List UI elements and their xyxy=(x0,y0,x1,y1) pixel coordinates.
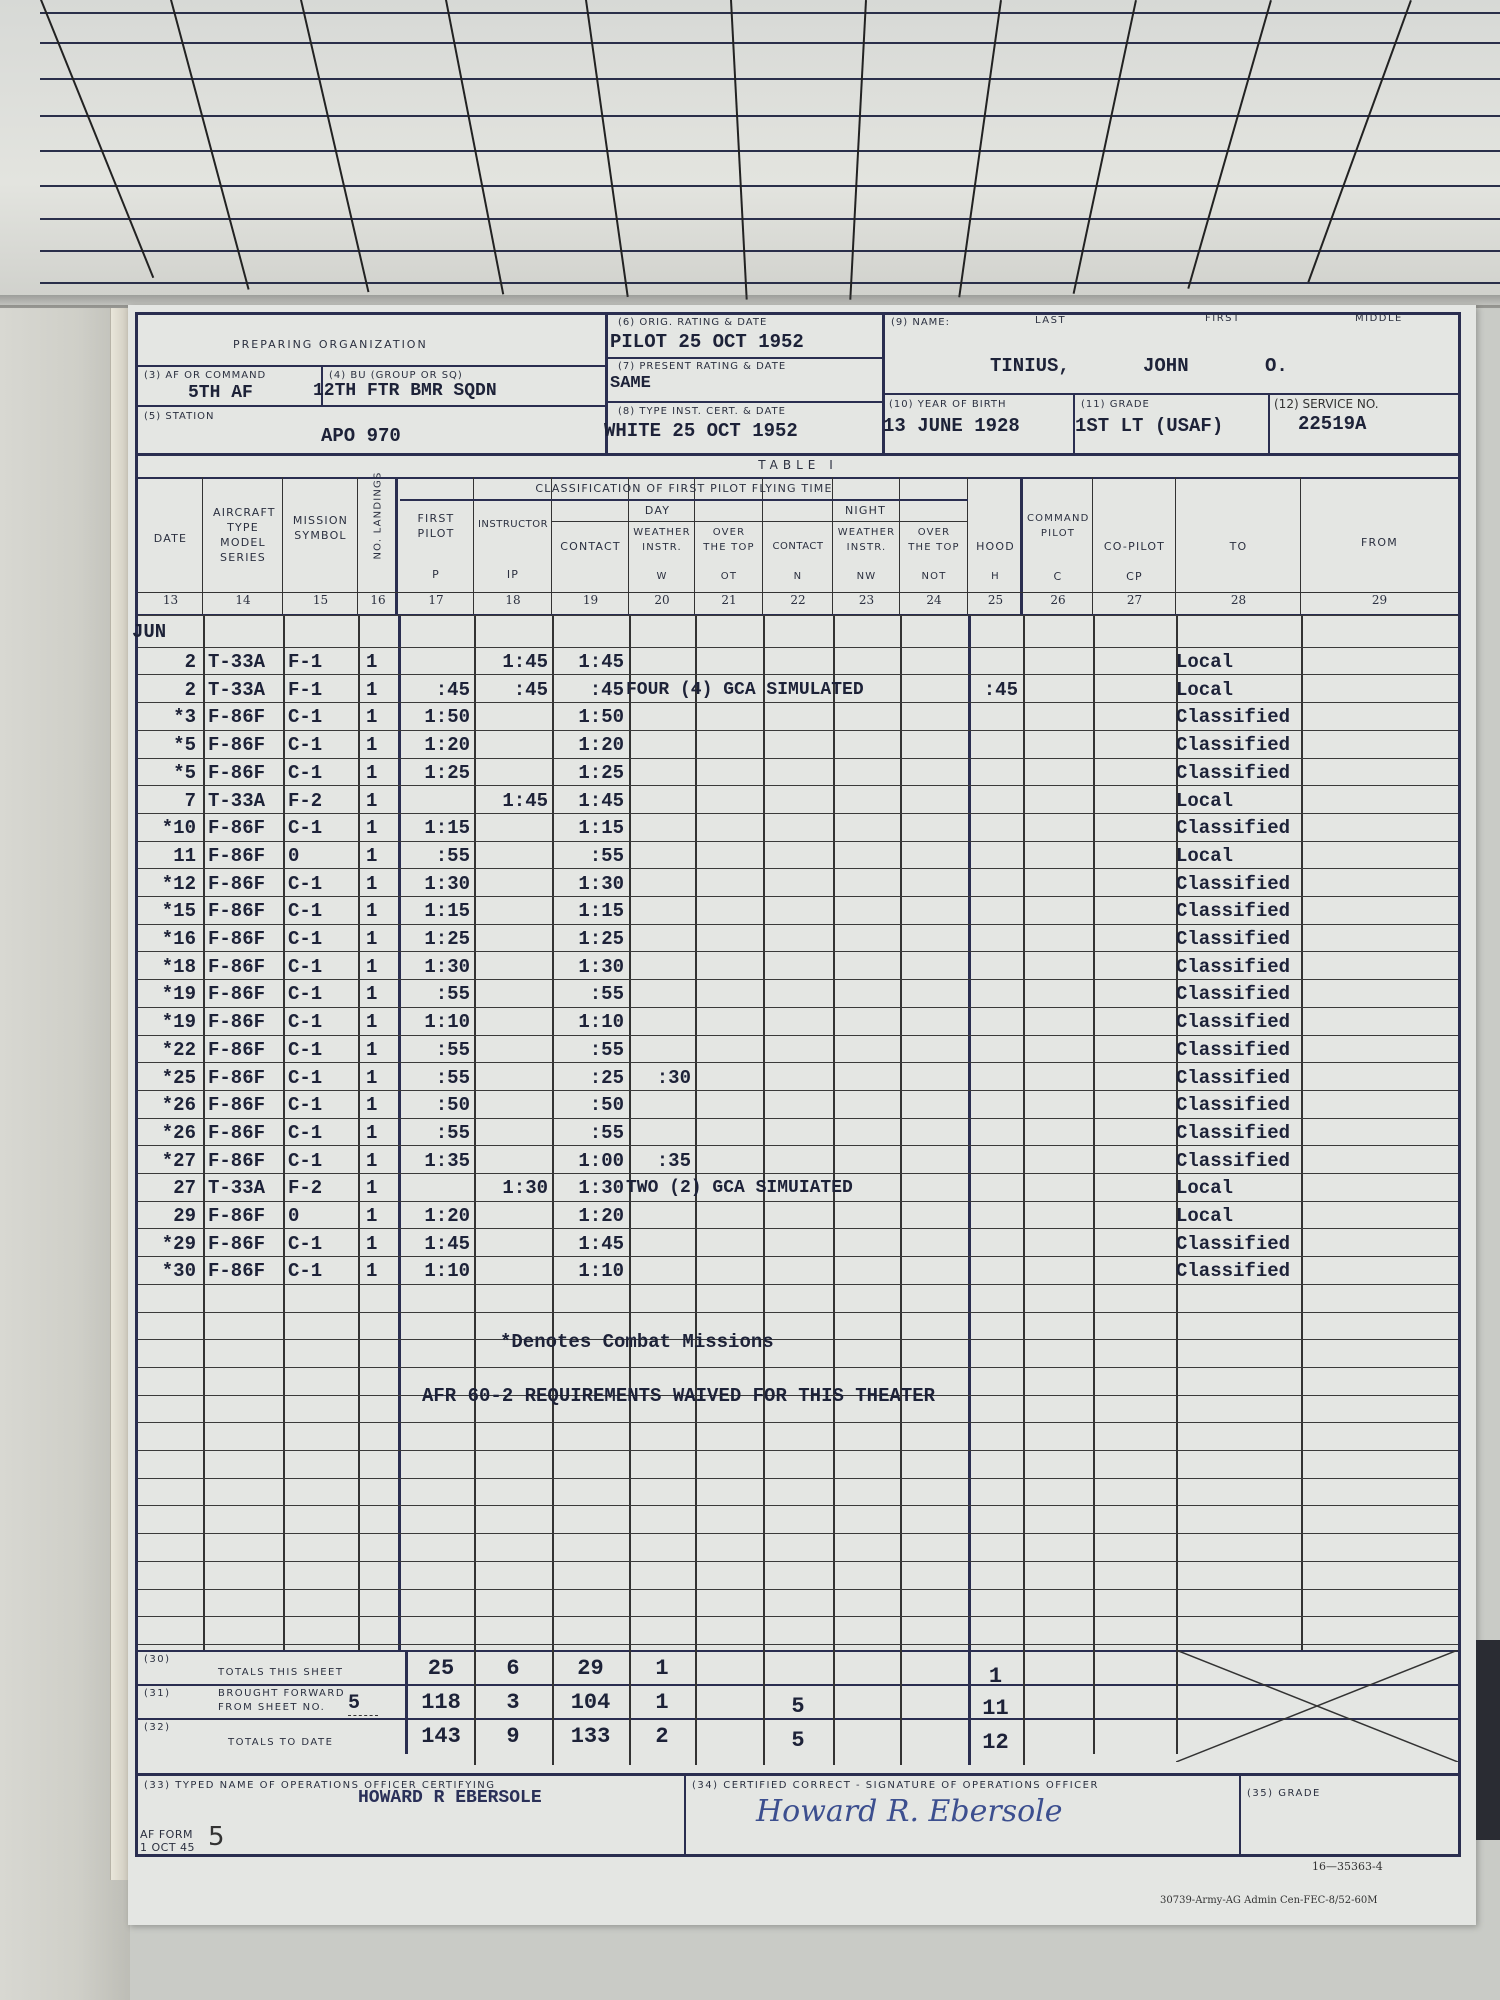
cell-landings: 1 xyxy=(366,898,396,924)
cell-first-pilot: 1:20 xyxy=(400,1203,470,1229)
cell-landings: 1 xyxy=(366,1258,396,1284)
col-first-pilot-code: P xyxy=(398,567,474,582)
col-num: 18 xyxy=(474,593,552,615)
cell-contact: 1:45 xyxy=(552,788,624,814)
total-first-pilot: 143 xyxy=(408,1724,474,1749)
from-sheet-number: 5 xyxy=(348,1692,378,1716)
cell-mission: C-1 xyxy=(288,981,358,1007)
cell-landings: 1 xyxy=(366,788,396,814)
table-row: 11F-86F01:55:55Local xyxy=(138,843,1458,869)
total-weather: 1 xyxy=(629,1690,695,1715)
typed-name-value: HOWARD R EBERSOLE xyxy=(358,1788,542,1808)
totals-section: (30) TOTALS THIS SHEET 25 6 29 1 1 (31) … xyxy=(138,1650,1458,1765)
cell-first-pilot: :50 xyxy=(400,1092,470,1118)
cell-landings: 1 xyxy=(366,649,396,675)
cell-landings: 1 xyxy=(366,677,396,703)
col-day-weather-label: WEATHER INSTR. xyxy=(629,525,695,555)
row-divider xyxy=(138,1561,1458,1562)
totals-this-sheet-label: TOTALS THIS SHEET xyxy=(218,1667,343,1678)
name-middle-value: O. xyxy=(1265,355,1288,377)
cell-contact: 1:25 xyxy=(552,926,624,952)
cell-mission: C-1 xyxy=(288,704,358,730)
type-inst-label: (8) TYPE INST. CERT. & DATE xyxy=(618,406,786,417)
table-header: CLASSIFICATION OF FIRST PILOT FLYING TIM… xyxy=(138,477,1458,615)
col-night-ott-code: NOT xyxy=(900,569,968,584)
table-row: 7T-33AF-211:451:45Local xyxy=(138,788,1458,814)
cell-date: *12 xyxy=(138,871,196,897)
cell-mission: C-1 xyxy=(288,1065,358,1091)
cell-aircraft: F-86F xyxy=(208,1037,288,1063)
col-from-label: FROM xyxy=(1301,535,1458,550)
col-num: 25 xyxy=(968,593,1023,615)
cell-contact: :50 xyxy=(552,1092,624,1118)
cell-aircraft: F-86F xyxy=(208,954,288,980)
present-rating-label: (7) PRESENT RATING & DATE xyxy=(618,361,786,372)
table-row: *18F-86FC-111:301:30Classified xyxy=(138,954,1458,980)
cell-to: Classified xyxy=(1176,1037,1336,1063)
orig-rating-field: (6) ORIG. RATING & DATE PILOT 25 OCT 195… xyxy=(608,315,882,359)
cell-aircraft: F-86F xyxy=(208,704,288,730)
row-divider xyxy=(138,1644,1458,1645)
cell-first-pilot: 1:35 xyxy=(400,1148,470,1174)
cell-landings: 1 xyxy=(366,1009,396,1035)
col-night-contact-label: CONTACT xyxy=(763,539,833,554)
cell-date: *18 xyxy=(138,954,196,980)
col-night-contact-code: N xyxy=(763,569,833,584)
cell-to: Classified xyxy=(1176,1258,1336,1284)
cell-contact: :55 xyxy=(552,843,624,869)
cell-landings: 1 xyxy=(366,926,396,952)
cell-mission: F-1 xyxy=(288,677,358,703)
cell-landings: 1 xyxy=(366,760,396,786)
af-command-field: (3) AF OR COMMAND 5TH AF xyxy=(138,367,323,407)
total-first-pilot: 118 xyxy=(408,1690,474,1715)
table-row: *22F-86FC-11:55:55Classified xyxy=(138,1037,1458,1063)
total-contact: 133 xyxy=(552,1724,629,1749)
name-last-value: TINIUS, xyxy=(990,355,1070,377)
cell-date: *19 xyxy=(138,1009,196,1035)
orig-rating-value: PILOT 25 OCT 1952 xyxy=(610,331,804,353)
table-row: *26F-86FC-11:55:55Classified xyxy=(138,1120,1458,1146)
cell-landings: 1 xyxy=(366,815,396,841)
col-landings-label: NO. LANDINGS xyxy=(371,520,386,560)
cell-landings: 1 xyxy=(366,1175,396,1201)
form-id: AF FORM 1 OCT 45 xyxy=(140,1828,195,1854)
cell-contact: :55 xyxy=(552,1120,624,1146)
table-row: *19F-86FC-111:101:10Classified xyxy=(138,1009,1458,1035)
cell-landings: 1 xyxy=(366,871,396,897)
col-num: 28 xyxy=(1176,593,1301,615)
cell-contact: 1:25 xyxy=(552,760,624,786)
cell-first-pilot: :55 xyxy=(400,1065,470,1091)
col-instructor-label: INSTRUCTOR xyxy=(474,517,552,532)
total-first-pilot: 25 xyxy=(408,1656,474,1681)
page-edge xyxy=(110,300,129,1880)
yob-label: (10) YEAR OF BIRTH xyxy=(889,399,1007,410)
cell-date: *5 xyxy=(138,760,196,786)
orig-rating-label: (6) ORIG. RATING & DATE xyxy=(618,317,767,328)
col-num: 19 xyxy=(552,593,629,615)
cell-to: Classified xyxy=(1176,1065,1336,1091)
cell-mission: C-1 xyxy=(288,1231,358,1257)
table-row: *27F-86FC-111:351:00:35Classified xyxy=(138,1148,1458,1174)
table-title: TABLE I xyxy=(138,453,1458,479)
grade-cert-field: (35) GRADE xyxy=(1241,1776,1458,1856)
service-no-field: (12) SERVICE NO. 22519A xyxy=(1270,395,1458,453)
cell-date: *10 xyxy=(138,815,196,841)
col-num: 15 xyxy=(283,593,358,615)
grade-label: (11) GRADE xyxy=(1081,399,1150,410)
col-day-weather-code: W xyxy=(629,569,695,584)
waiver-note: AFR 60-2 REQUIREMENTS WAIVED FOR THIS TH… xyxy=(422,1385,935,1407)
cell-landings: 1 xyxy=(366,1065,396,1091)
cell-mission: F-2 xyxy=(288,1175,358,1201)
cell-to: Classified xyxy=(1176,1148,1336,1174)
cell-date: 27 xyxy=(138,1175,196,1201)
cell-to: Classified xyxy=(1176,1009,1336,1035)
cell-mission: C-1 xyxy=(288,1092,358,1118)
cell-first-pilot: 1:15 xyxy=(400,815,470,841)
cell-first-pilot: 1:10 xyxy=(400,1258,470,1284)
col-night-weather-label: WEATHER INSTR. xyxy=(833,525,900,555)
cell-date: *27 xyxy=(138,1148,196,1174)
station-field: (5) STATION APO 970 xyxy=(138,407,605,453)
day-label: DAY xyxy=(552,503,763,518)
cell-contact: 1:20 xyxy=(552,1203,624,1229)
preparing-organization-block: PREPARING ORGANIZATION (3) AF OR COMMAND… xyxy=(138,315,608,453)
row-divider xyxy=(138,1339,1458,1340)
cell-to: Classified xyxy=(1176,926,1336,952)
yob-value: 13 JUNE 1928 xyxy=(883,415,1020,437)
print-code: 16—35363-4 xyxy=(1312,1860,1383,1873)
cell-instructor: 1:45 xyxy=(474,788,548,814)
cell-first-pilot: 1:50 xyxy=(400,704,470,730)
cell-to: Classified xyxy=(1176,898,1336,924)
total-contact: 29 xyxy=(552,1656,629,1681)
cell-contact: :25 xyxy=(552,1065,624,1091)
signature-field: (34) CERTIFIED CORRECT - SIGNATURE OF OP… xyxy=(686,1776,1241,1856)
cell-to: Classified xyxy=(1176,871,1336,897)
cell-contact: 1:30 xyxy=(552,871,624,897)
cell-landings: 1 xyxy=(366,704,396,730)
certification-row: (33) TYPED NAME OF OPERATIONS OFFICER CE… xyxy=(138,1773,1458,1856)
cell-first-pilot: 1:15 xyxy=(400,898,470,924)
bu-value: 12TH FTR BMR SQDN xyxy=(313,381,497,401)
cell-to: Local xyxy=(1176,788,1336,814)
present-rating-field: (7) PRESENT RATING & DATE SAME xyxy=(608,359,882,403)
col-aircraft-label: AIRCRAFT TYPE MODEL SERIES xyxy=(203,505,283,565)
af-command-value: 5TH AF xyxy=(188,383,253,403)
cell-date: *26 xyxy=(138,1120,196,1146)
cell-landings: 1 xyxy=(366,1231,396,1257)
table-row: *25F-86FC-11:55:25:30Classified xyxy=(138,1065,1458,1091)
cell-contact: 1:30 xyxy=(552,954,624,980)
cell-aircraft: F-86F xyxy=(208,843,288,869)
cell-first-pilot: 1:25 xyxy=(400,926,470,952)
cell-date: *3 xyxy=(138,704,196,730)
row-divider xyxy=(138,1478,1458,1479)
form-date: 1 OCT 45 xyxy=(140,1841,195,1854)
cell-contact: 1:00 xyxy=(552,1148,624,1174)
table-row: *30F-86FC-111:101:10Classified xyxy=(138,1258,1458,1284)
col-night-ott-label: OVER THE TOP xyxy=(900,525,968,555)
table-row: *5F-86FC-111:251:25Classified xyxy=(138,760,1458,786)
row-divider xyxy=(138,1589,1458,1590)
col-instructor-code: IP xyxy=(474,567,552,582)
cell-landings: 1 xyxy=(366,954,396,980)
table-row: *3F-86FC-111:501:50Classified xyxy=(138,704,1458,730)
cell-instructor: 1:30 xyxy=(474,1175,548,1201)
bu-field: (4) BU (GROUP OR SQ) 12TH FTR BMR SQDN xyxy=(323,367,605,407)
name-last-label: LAST xyxy=(1035,315,1066,326)
type-inst-field: (8) TYPE INST. CERT. & DATE WHITE 25 OCT… xyxy=(608,403,882,453)
cell-mission: F-1 xyxy=(288,649,358,675)
classification-title: CLASSIFICATION OF FIRST PILOT FLYING TIM… xyxy=(400,481,968,496)
cell-aircraft: F-86F xyxy=(208,1120,288,1146)
cell-landings: 1 xyxy=(366,843,396,869)
officer-signature: Howard R. Ebersole xyxy=(756,1794,1063,1829)
grade-value: 1ST LT (USAF) xyxy=(1075,415,1223,437)
cell-aircraft: F-86F xyxy=(208,1258,288,1284)
row-number: (32) xyxy=(144,1722,171,1733)
cell-aircraft: F-86F xyxy=(208,1009,288,1035)
cell-date: *29 xyxy=(138,1231,196,1257)
cell-mission: C-1 xyxy=(288,1120,358,1146)
cell-first-pilot: 1:20 xyxy=(400,732,470,758)
cell-first-pilot: 1:30 xyxy=(400,954,470,980)
cell-date: *25 xyxy=(138,1065,196,1091)
col-hood-code: H xyxy=(968,569,1023,584)
cell-date: 29 xyxy=(138,1203,196,1229)
total-hood: 12 xyxy=(968,1730,1023,1755)
printer-line: 30739-Army-AG Admin Cen-FEC-8/52-60M xyxy=(1160,1895,1377,1906)
cell-contact: 1:45 xyxy=(552,1231,624,1257)
cell-first-pilot: 1:45 xyxy=(400,1231,470,1257)
row-divider xyxy=(138,615,1458,616)
cell-contact: 1:10 xyxy=(552,1009,624,1035)
col-mission-label: MISSION SYMBOL xyxy=(283,513,358,543)
cell-contact: :45 xyxy=(552,677,624,703)
cell-date: 2 xyxy=(138,677,196,703)
night-label: NIGHT xyxy=(763,503,968,518)
cell-to: Local xyxy=(1176,1203,1336,1229)
cell-landings: 1 xyxy=(366,1120,396,1146)
cell-aircraft: F-86F xyxy=(208,871,288,897)
row-number: (31) xyxy=(144,1688,171,1699)
preparing-organization-label: PREPARING ORGANIZATION xyxy=(233,338,428,351)
cell-mission: C-1 xyxy=(288,954,358,980)
cell-first-pilot: 1:25 xyxy=(400,760,470,786)
cell-to: Classified xyxy=(1176,815,1336,841)
total-instructor: 6 xyxy=(474,1656,552,1681)
cell-landings: 1 xyxy=(366,981,396,1007)
table-row: *29F-86FC-111:451:45Classified xyxy=(138,1231,1458,1257)
cell-to: Classified xyxy=(1176,954,1336,980)
table-row: *12F-86FC-111:301:30Classified xyxy=(138,871,1458,897)
col-num: 26 xyxy=(1023,593,1093,615)
form-header: PREPARING ORGANIZATION (3) AF OR COMMAND… xyxy=(138,315,1458,456)
total-instructor: 9 xyxy=(474,1724,552,1749)
col-date-label: DATE xyxy=(138,531,203,546)
cell-aircraft: F-86F xyxy=(208,1203,288,1229)
table-row: *26F-86FC-11:50:50Classified xyxy=(138,1092,1458,1118)
col-num: 14 xyxy=(203,593,283,615)
table-row: 2T-33AF-11:45:45:45FOUR (4) GCA SIMULATE… xyxy=(138,677,1458,703)
col-day-ott-code: OT xyxy=(695,569,763,584)
grade-field: (11) GRADE 1ST LT (USAF) xyxy=(1075,395,1270,453)
col-num: 23 xyxy=(833,593,900,615)
rating-block: (6) ORIG. RATING & DATE PILOT 25 OCT 195… xyxy=(608,315,885,453)
row-divider xyxy=(138,1367,1458,1368)
name-label: (9) NAME: xyxy=(891,317,950,328)
table-row: *10F-86FC-111:151:15Classified xyxy=(138,815,1458,841)
cell-contact: 1:20 xyxy=(552,732,624,758)
table-title-text: TABLE I xyxy=(758,458,837,472)
cell-date: *22 xyxy=(138,1037,196,1063)
service-no-value: 22519A xyxy=(1298,413,1366,435)
cell-date: *15 xyxy=(138,898,196,924)
cell-mission: C-1 xyxy=(288,815,358,841)
cert-grade-label: (35) GRADE xyxy=(1247,1788,1321,1799)
cell-to: Classified xyxy=(1176,1120,1336,1146)
table-row: *19F-86FC-11:55:55Classified xyxy=(138,981,1458,1007)
col-copilot-code: CP xyxy=(1093,569,1176,584)
cell-date: *16 xyxy=(138,926,196,952)
cell-mission: C-1 xyxy=(288,1258,358,1284)
cell-date: 2 xyxy=(138,649,196,675)
col-day-ott-label: OVER THE TOP xyxy=(695,525,763,555)
cell-weather: :30 xyxy=(629,1065,691,1091)
col-num: 24 xyxy=(900,593,968,615)
table-row: 29F-86F011:201:20Local xyxy=(138,1203,1458,1229)
col-num: 13 xyxy=(138,593,203,615)
cell-to: Classified xyxy=(1176,704,1336,730)
row-divider xyxy=(138,1533,1458,1534)
total-contact: 104 xyxy=(552,1690,629,1715)
cell-to: Local xyxy=(1176,649,1336,675)
total-weather: 1 xyxy=(629,1656,695,1681)
name-first-value: JOHN xyxy=(1143,355,1189,377)
cell-to: Classified xyxy=(1176,1231,1336,1257)
row-divider xyxy=(138,1616,1458,1617)
col-num: 17 xyxy=(398,593,474,615)
cell-to: Local xyxy=(1176,843,1336,869)
cell-contact: 1:45 xyxy=(552,649,624,675)
month-label: JUN xyxy=(132,621,166,643)
cell-to: Classified xyxy=(1176,1092,1336,1118)
col-to-label: TO xyxy=(1176,539,1301,554)
cell-mission: C-1 xyxy=(288,871,358,897)
cell-landings: 1 xyxy=(366,1092,396,1118)
total-weather: 2 xyxy=(629,1724,695,1749)
cell-date: *26 xyxy=(138,1092,196,1118)
col-command-pilot-code: C xyxy=(1023,569,1093,584)
cell-aircraft: F-86F xyxy=(208,981,288,1007)
col-night-weather-code: NW xyxy=(833,569,900,584)
col-first-pilot-label: FIRST PILOT xyxy=(398,511,474,541)
col-command-pilot-label: COMMAND PILOT xyxy=(1023,511,1093,541)
cell-aircraft: F-86F xyxy=(208,926,288,952)
previous-page xyxy=(0,0,1500,308)
year-of-birth-field: (10) YEAR OF BIRTH 13 JUNE 1928 xyxy=(885,395,1075,453)
cell-aircraft: T-33A xyxy=(208,1175,288,1201)
cell-aircraft: F-86F xyxy=(208,1065,288,1091)
table-row: *5F-86FC-111:201:20Classified xyxy=(138,732,1458,758)
total-night-contact: 5 xyxy=(763,1694,833,1719)
table-row: 2T-33AF-111:451:45Local xyxy=(138,649,1458,675)
cell-aircraft: T-33A xyxy=(208,677,288,703)
cell-mission: 0 xyxy=(288,1203,358,1229)
combat-missions-note: *Denotes Combat Missions xyxy=(500,1331,774,1353)
cell-mission: C-1 xyxy=(288,760,358,786)
cell-aircraft: F-86F xyxy=(208,815,288,841)
cell-mission: C-1 xyxy=(288,898,358,924)
cell-first-pilot: :55 xyxy=(400,1037,470,1063)
col-num: 16 xyxy=(358,593,398,615)
name-middle-label: MIDDLE xyxy=(1355,313,1403,324)
cell-mission: C-1 xyxy=(288,1148,358,1174)
cell-landings: 1 xyxy=(366,1148,396,1174)
row-divider xyxy=(138,1312,1458,1313)
void-box-icon xyxy=(1176,1650,1458,1762)
cell-mission: C-1 xyxy=(288,1037,358,1063)
station-value: APO 970 xyxy=(321,425,401,447)
cell-first-pilot: 1:30 xyxy=(400,871,470,897)
col-num: 29 xyxy=(1301,593,1458,615)
cell-aircraft: F-86F xyxy=(208,1148,288,1174)
cell-instructor: :45 xyxy=(474,677,548,703)
table-row: 27T-33AF-211:301:30TWO (2) GCA SIMUIATED… xyxy=(138,1175,1458,1201)
cell-to: Classified xyxy=(1176,760,1336,786)
col-num: 22 xyxy=(763,593,833,615)
cell-date: *5 xyxy=(138,732,196,758)
cell-aircraft: T-33A xyxy=(208,649,288,675)
station-label: (5) STATION xyxy=(144,411,215,422)
signature-label: (34) CERTIFIED CORRECT - SIGNATURE OF OP… xyxy=(692,1780,1099,1791)
col-num: 27 xyxy=(1093,593,1176,615)
total-night-contact: 5 xyxy=(763,1728,833,1753)
cell-landings: 1 xyxy=(366,1203,396,1229)
cell-aircraft: F-86F xyxy=(208,760,288,786)
af-form-5: PREPARING ORGANIZATION (3) AF OR COMMAND… xyxy=(135,312,1461,1857)
cell-aircraft: F-86F xyxy=(208,1092,288,1118)
cell-first-pilot: :55 xyxy=(400,981,470,1007)
cell-remark: FOUR (4) GCA SIMULATED xyxy=(626,677,956,703)
cell-first-pilot: :55 xyxy=(400,843,470,869)
service-no-label: (12) SERVICE NO. xyxy=(1274,397,1379,411)
cell-mission: C-1 xyxy=(288,732,358,758)
cell-to: Classified xyxy=(1176,732,1336,758)
cell-aircraft: F-86F xyxy=(208,898,288,924)
cell-aircraft: F-86F xyxy=(208,732,288,758)
cell-mission: F-2 xyxy=(288,788,358,814)
cell-contact: 1:30 xyxy=(552,1175,624,1201)
cell-to: Local xyxy=(1176,1175,1336,1201)
table-row: *15F-86FC-111:151:15Classified xyxy=(138,898,1458,924)
pilot-identity-block: (9) NAME: LAST FIRST MIDDLE TINIUS, JOHN… xyxy=(885,315,1458,453)
bu-label: (4) BU (GROUP OR SQ) xyxy=(329,370,463,381)
cell-weather: :35 xyxy=(629,1148,691,1174)
name-field: (9) NAME: LAST FIRST MIDDLE TINIUS, JOHN… xyxy=(885,315,1458,395)
cell-remark: TWO (2) GCA SIMUIATED xyxy=(626,1175,956,1201)
cell-hood: :45 xyxy=(968,677,1018,703)
name-first-label: FIRST xyxy=(1205,313,1241,324)
col-num: 20 xyxy=(629,593,695,615)
row-divider xyxy=(138,1450,1458,1451)
present-rating-value: SAME xyxy=(610,374,651,393)
row-divider xyxy=(138,647,1458,648)
flight-log-table: JUN 2T-33AF-111:451:45Local2T-33AF-11:45… xyxy=(138,615,1458,1615)
